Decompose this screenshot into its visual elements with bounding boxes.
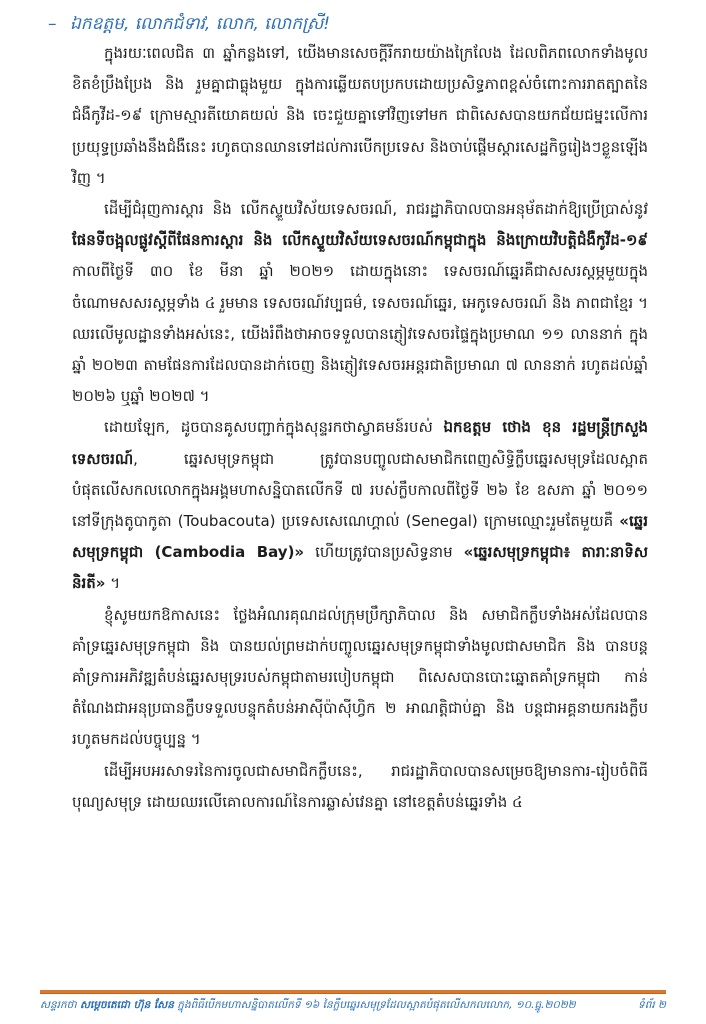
paragraph-5: ដើម្បីអបអរសាទរនៃការចូលជាសមាជិកក្លឹបនេះ, … <box>72 756 648 818</box>
speech-body: ក្នុងរយៈពេលជិត ៣ ឆ្នាំកន្លងទៅ, យើងមានសេច… <box>72 38 648 818</box>
footer-speaker: សម្ដេចតេជោ ហ៊ុន សែន <box>80 999 174 1011</box>
paragraph-run: ខ្ញុំសូមយកឱកាសនេះ ថ្លែងអំណរគុណដល់ក្រុមប្… <box>72 606 648 749</box>
salutation: –ឯកឧត្តម, លោកជំទាវ, លោក, លោកស្រី! <box>48 10 330 38</box>
dash-bullet: – <box>48 10 70 38</box>
page-number: ទំព័រ ២ <box>638 996 666 1014</box>
paragraph-3: ដោយឡែក, ដូចបានគូសបញ្ជាក់ក្នុងសុន្ទរកថាស្… <box>72 412 648 599</box>
footer-suffix: ក្នុងពិធីបើកមហាសន្និបាតលើកទី ១៦ នៃក្លឹបឆ… <box>174 999 576 1011</box>
paragraph-run: ហើយត្រូវបានប្រសិទ្ធនាម <box>304 543 464 561</box>
paragraph-2: ដើម្បីជំរុញការស្ដារ និង លើកស្ទួយវិស័យទេស… <box>72 194 648 412</box>
page-footer: សន្ទរកថា សម្ដេចតេជោ ហ៊ុន សែន ក្នុងពិធីបើ… <box>40 996 666 1014</box>
paragraph-run: ដោយឡែក, ដូចបានគូសបញ្ជាក់ក្នុងសុន្ទរកថាស្… <box>104 418 444 436</box>
paragraph-run: កាលពីថ្ងៃទី ៣០ ខែ មីនា ឆ្នាំ ២០២១ ដោយក្ន… <box>72 262 648 405</box>
footer-divider <box>40 990 666 993</box>
paragraph-4: ខ្ញុំសូមយកឱកាសនេះ ថ្លែងអំណរគុណដល់ក្រុមប្… <box>72 600 648 756</box>
paragraph-run: ។ <box>106 574 121 592</box>
salutation-text: ឯកឧត្តម, លោកជំទាវ, លោក, លោកស្រី! <box>70 14 330 34</box>
document-page: –ឯកឧត្តម, លោកជំទាវ, លោក, លោកស្រី! ក្នុងរ… <box>0 0 706 1024</box>
roadmap-title-bold: ផែនទីចង្អុលផ្លូវស្ដីពីផែនការស្ដារ និង លើ… <box>72 231 648 249</box>
footer-prefix: សន្ទរកថា <box>40 999 80 1011</box>
paragraph-run: , ឆ្នេរសមុទ្រកម្ពុជា ត្រូវបានបញ្ចូលជាសមា… <box>72 450 648 530</box>
paragraph-run: ដើម្បីអបអរសាទរនៃការចូលជាសមាជិកក្លឹបនេះ, … <box>72 762 648 811</box>
paragraph-run: ក្នុងរយៈពេលជិត ៣ ឆ្នាំកន្លងទៅ, យើងមានសេច… <box>72 44 648 187</box>
paragraph-1: ក្នុងរយៈពេលជិត ៣ ឆ្នាំកន្លងទៅ, យើងមានសេច… <box>72 38 648 194</box>
footer-caption: សន្ទរកថា សម្ដេចតេជោ ហ៊ុន សែន ក្នុងពិធីបើ… <box>40 996 576 1014</box>
paragraph-run: ដើម្បីជំរុញការស្ដារ និង លើកស្ទួយវិស័យទេស… <box>104 200 648 218</box>
